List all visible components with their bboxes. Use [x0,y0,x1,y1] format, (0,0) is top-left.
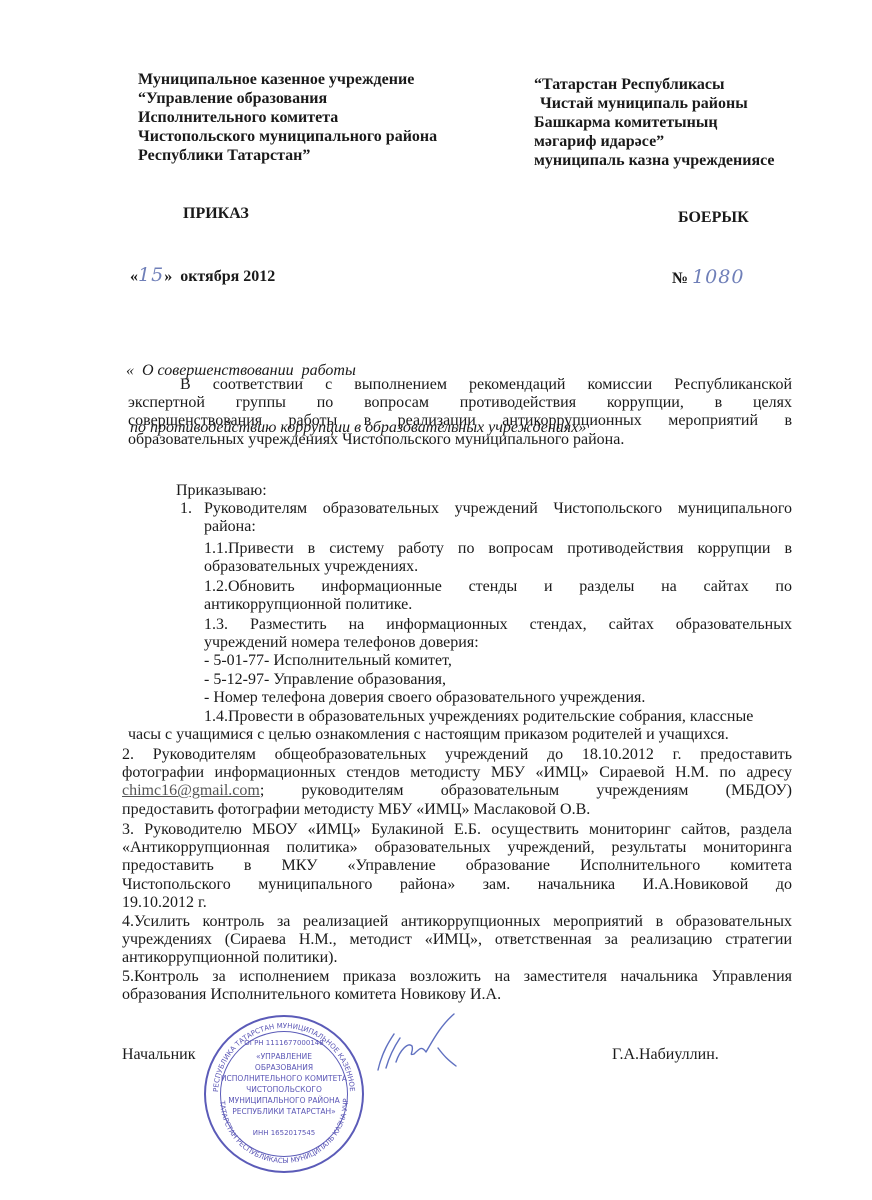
item-line: предоставить фотографии методисту МБУ «И… [122,801,792,819]
item-line: антикоррупционной политики). [122,949,792,967]
item-line: района: [204,518,792,536]
phone-line: - Номер телефона доверия своего образова… [204,689,792,707]
item-1-1: 1.1.Привести в систему работу по вопроса… [204,540,792,576]
header-left-line: “Управление образования [138,89,437,108]
header-right-line: муниципаль казна учреждениясе [534,151,775,170]
stamp-ogrn: ОГРН 1111677000148 [206,1039,362,1047]
item-line: учреждениях (Сираева Н.М., методист «ИМЦ… [122,931,792,949]
order-date: «15» октября 2012 [130,264,275,286]
title-boeryk: БОЕРЫК [678,209,749,227]
header-right-line: Чистай муниципаль районы [534,94,775,113]
item-line: «Антикоррупционная политика» образовател… [122,839,792,857]
item-line: образовательных учреждениях. [204,558,792,576]
item-line: образования Исполнительного комитета Нов… [122,986,792,1004]
preamble-line: экспертной группы по вопросам противодей… [128,394,792,412]
item-line: 5.Контроль за исполнением приказа возлож… [122,968,792,986]
item-line: антикоррупционной политике. [204,596,792,614]
date-close-quote: » [164,268,172,285]
item-1-3: 1.3. Разместить на информационных стенда… [204,616,792,707]
item-4: 4.Усилить контроль за реализацией антико… [122,913,792,968]
item-2: 2. Руководителям общеобразовательных учр… [122,746,792,819]
order-number: № 1080 [672,266,744,288]
signature-name: Г.А.Набиуллин. [612,1046,719,1064]
number-label: № [672,270,688,287]
stamp-center-text: «УПРАВЛЕНИЕ ОБРАЗОВАНИЯ ИСПОЛНИТЕЛЬНОГО … [206,1051,362,1117]
preamble-line: совершенствования работы в реализации ан… [128,412,792,430]
item-line: Руководителям образовательных учреждений… [204,500,792,518]
header-right-line: мәгариф идарәсе” [534,132,775,151]
title-prikaz: ПРИКАЗ [183,205,249,223]
item-line: часы с учащимися с целью ознакомления с … [128,726,792,744]
item-3: 3. Руководителю МБОУ «ИМЦ» Булакиной Е.Б… [122,821,792,912]
item-line: 1.3. Разместить на информационных стенда… [204,616,792,634]
handwritten-signature-icon [360,1012,480,1082]
item-line: 3. Руководителю МБОУ «ИМЦ» Булакиной Е.Б… [122,821,792,839]
item-1-number: 1. [180,500,192,518]
item-1-2: 1.2.Обновить информационные стенды и раз… [204,578,792,614]
header-right-org: “Татарстан Республикасы Чистай муниципал… [534,75,775,170]
date-day-handwritten: 15 [138,264,164,286]
header-left-line: Чистопольского муниципального района [138,127,437,146]
item-1: Руководителям образовательных учреждений… [204,500,792,536]
number-handwritten: 1080 [692,266,744,288]
date-month-year: октября 2012 [180,268,275,285]
date-open-quote: « [130,268,138,285]
stamp-line: «УПРАВЛЕНИЕ [206,1051,362,1062]
header-right-line: “Татарстан Республикасы [534,75,775,94]
header-right-line: Башкарма комитетының [534,113,775,132]
header-left-line: Республики Татарстан” [138,146,437,165]
item-line: Чистопольского муниципального района» за… [122,876,792,894]
preamble-line: образовательных учреждениях Чистопольско… [128,431,792,449]
header-left-line: Исполнительного комитета [138,108,437,127]
phone-line: - 5-12-97- Управление образования, [204,671,792,689]
order-word: Приказываю: [176,482,267,500]
official-stamp: РЕСПУБЛИКА ТАТАРСТАН МУНИЦИПАЛЬНОЕ КАЗЕН… [204,1015,364,1173]
signature-position: Начальник [122,1046,195,1064]
item-line: 1.1.Привести в систему работу по вопроса… [204,540,792,558]
item-line: 1.2.Обновить информационные стенды и раз… [204,578,792,596]
stamp-line: РЕСПУБЛИКИ ТАТАРСТАН» [206,1106,362,1117]
preamble: В соответствии с выполнением рекомендаци… [128,376,792,449]
item-line: chimc16@gmail.com; руководителям образов… [122,782,792,800]
header-left-org: Муниципальное казенное учреждение “Управ… [138,70,437,165]
item-line: предоставить в МКУ «Управление образован… [122,857,792,875]
item-line: фотографии информационных стендов методи… [122,764,792,782]
item-line: учреждений номера телефонов доверия: [204,634,792,652]
item-line: 4.Усилить контроль за реализацией антико… [122,913,792,931]
item-5: 5.Контроль за исполнением приказа возлож… [122,968,792,1004]
item-1-4: 1.4.Провести в образовательных учреждени… [128,708,792,744]
stamp-line: МУНИЦИПАЛЬНОГО РАЙОНА [206,1095,362,1106]
item-line: 19.10.2012 г. [122,894,792,912]
item-line: 1.4.Провести в образовательных учреждени… [128,708,792,726]
phone-line: - 5-01-77- Исполнительный комитет, [204,652,792,670]
stamp-line: ЧИСТОПОЛЬСКОГО [206,1084,362,1095]
stamp-line: ИСПОЛНИТЕЛЬНОГО КОМИТЕТА [206,1073,362,1084]
preamble-line: В соответствии с выполнением рекомендаци… [128,376,792,394]
header-left-line: Муниципальное казенное учреждение [138,70,437,89]
stamp-line: ОБРАЗОВАНИЯ [206,1062,362,1073]
item-line-rest: ; руководителям образовательным учрежден… [260,782,792,800]
stamp-inn: ИНН 1652017545 [206,1129,362,1137]
item-line: 2. Руководителям общеобразовательных учр… [122,746,792,764]
email-link[interactable]: chimc16@gmail.com [122,782,260,800]
